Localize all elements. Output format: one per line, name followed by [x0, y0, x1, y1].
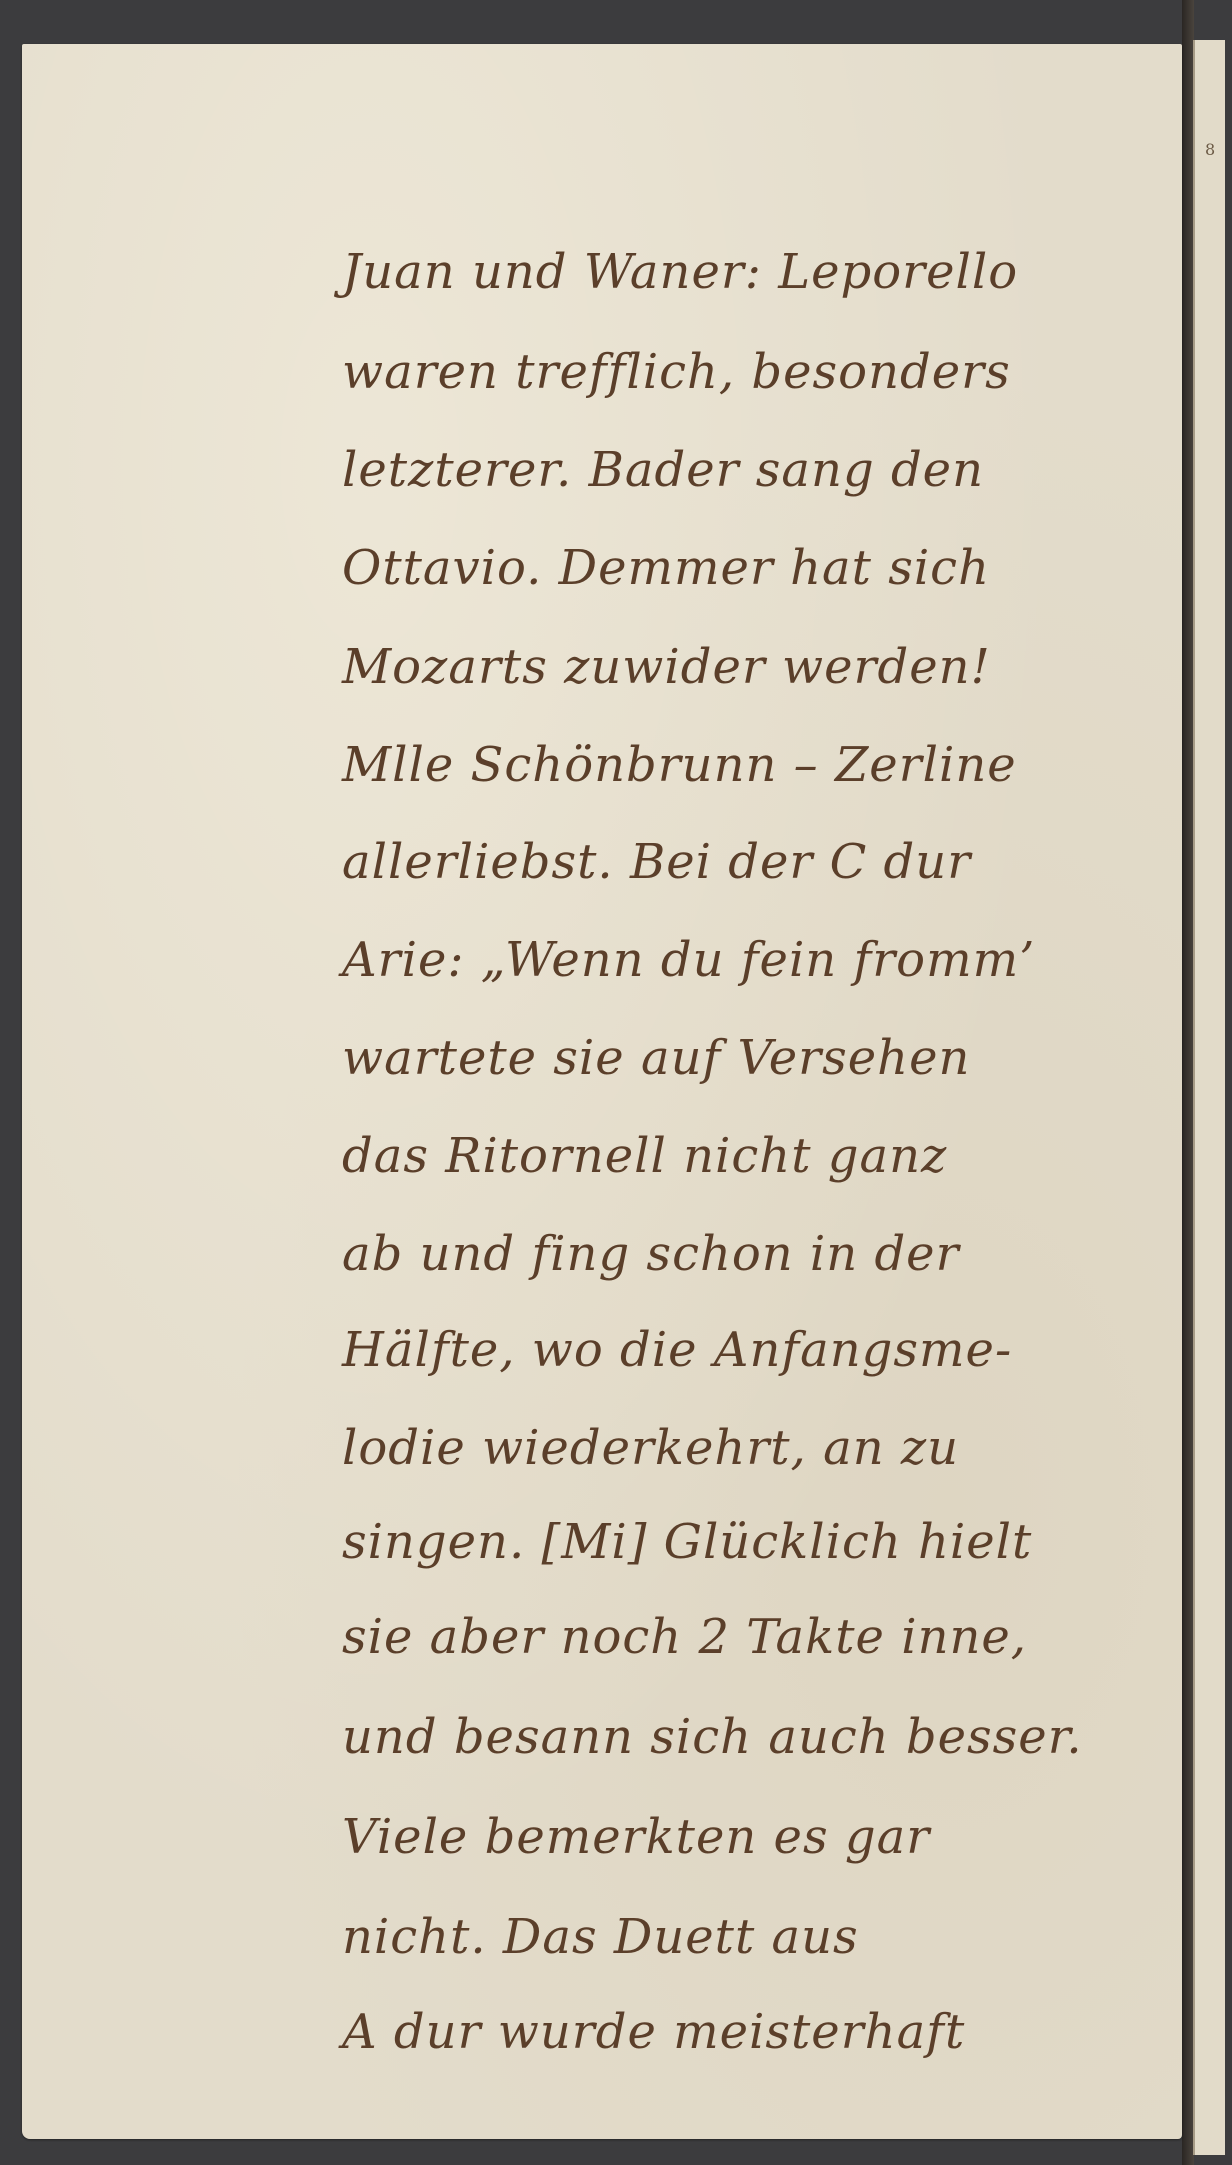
- manuscript-line: Mozarts zuwider werden!: [342, 639, 991, 695]
- manuscript-line: Ottavio. Demmer hat sich: [342, 540, 990, 596]
- manuscript-line: letzterer. Bader sang den: [342, 442, 984, 498]
- manuscript-page: Juan und Waner: Leporello waren trefflic…: [22, 44, 1182, 2139]
- manuscript-line: wartete sie auf Versehen: [342, 1030, 970, 1086]
- manuscript-line: waren trefflich, besonders: [342, 344, 1011, 400]
- manuscript-line: Mlle Schönbrunn – Zerline: [342, 737, 1017, 793]
- manuscript-line: A dur wurde meisterhaft: [342, 2004, 965, 2060]
- adjacent-page-edge: 8: [1193, 40, 1225, 2155]
- manuscript-line: nicht. Das Duett aus: [342, 1909, 859, 1965]
- manuscript-line: lodie wiederkehrt, an zu: [342, 1420, 959, 1476]
- manuscript-line: sie aber noch 2 Takte inne,: [342, 1609, 1027, 1665]
- manuscript-line: singen. [Mi] Glücklich hielt: [342, 1514, 1032, 1570]
- manuscript-line: Hälfte, wo die Anfangsme-: [342, 1322, 1012, 1378]
- manuscript-line: und besann sich auch besser.: [342, 1709, 1083, 1765]
- manuscript-line: Juan und Waner: Leporello: [342, 244, 1018, 300]
- manuscript-line: ab und fing schon in der: [342, 1226, 960, 1282]
- manuscript-line: das Ritornell nicht ganz: [342, 1128, 947, 1184]
- manuscript-line: Viele bemerkten es gar: [342, 1809, 930, 1865]
- folio-mark: 8: [1205, 140, 1215, 159]
- manuscript-line: Arie: „Wenn du fein fromm’: [342, 932, 1035, 988]
- manuscript-line: allerliebst. Bei der C dur: [342, 834, 971, 890]
